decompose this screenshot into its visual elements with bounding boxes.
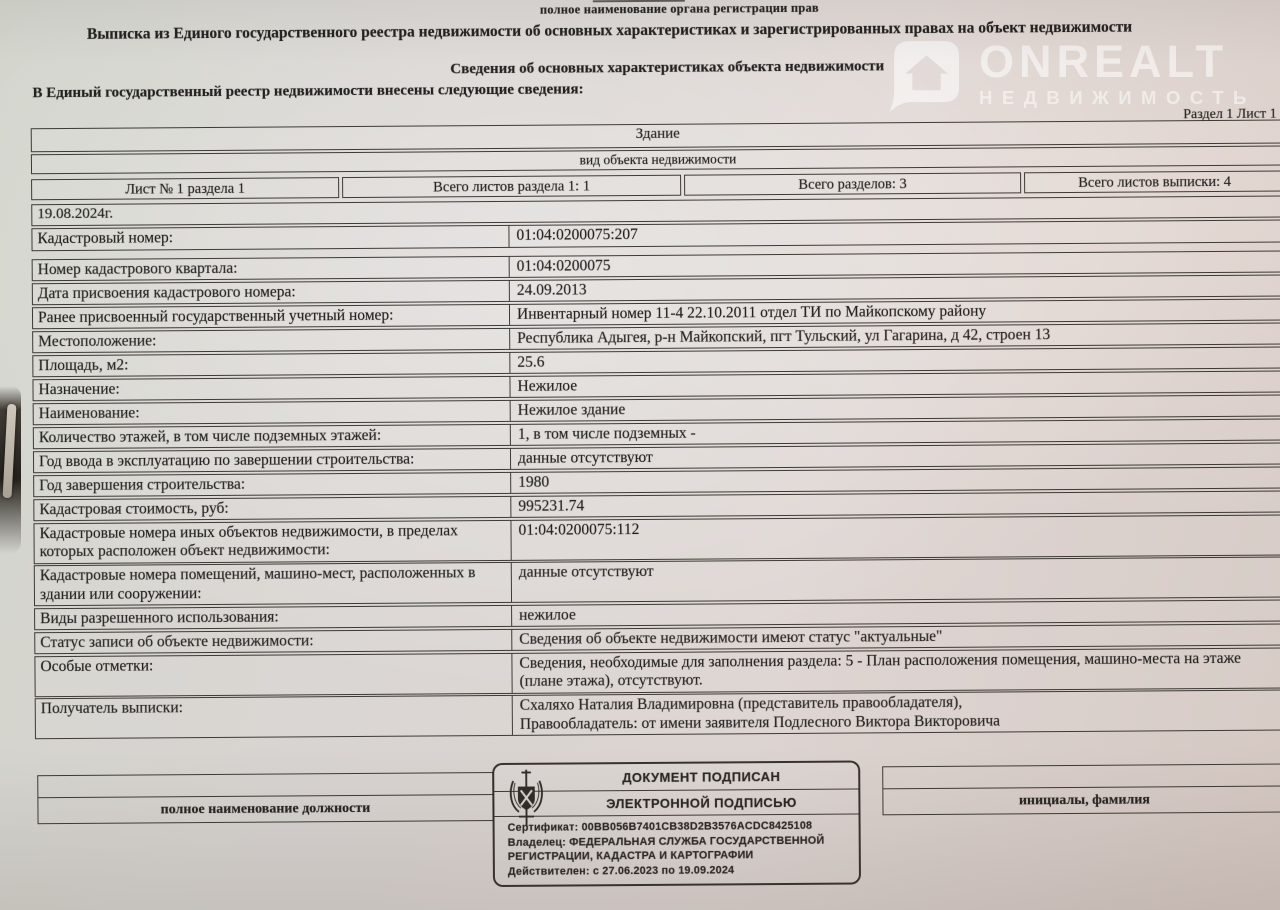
attribute-label: Местоположение: bbox=[33, 328, 510, 352]
attribute-label: Кадастровый номер: bbox=[32, 226, 509, 250]
stamp-owner-line1: Владелец: ФЕДЕРАЛЬНАЯ СЛУЖБА ГОСУДАРСТВЕ… bbox=[508, 833, 851, 850]
name-signature-blank bbox=[883, 765, 1280, 790]
stamp-validity: Действителен: с 27.06.2023 по 19.09.2024 bbox=[508, 862, 851, 879]
attribute-label: Ранее присвоенный государственный учетны… bbox=[33, 304, 510, 328]
attributes-table: Кадастровый номер:01:04:0200075:207Номер… bbox=[31, 219, 1280, 739]
sheet-info-cell: Лист № 1 раздела 1 bbox=[31, 177, 339, 200]
attribute-label: Получатель выписки: bbox=[36, 696, 513, 738]
name-signature-table: инициалы, фамилия bbox=[882, 763, 1280, 815]
attribute-value: Нежилое bbox=[510, 371, 1280, 397]
stamp-title-line1: ДОКУМЕНТ ПОДПИСАН bbox=[494, 762, 858, 791]
attribute-value: 995231.74 bbox=[511, 491, 1280, 517]
attribute-label: Кадастровая стоимость, руб: bbox=[34, 496, 511, 520]
attribute-value: 01:04:0200075:207 bbox=[509, 220, 1280, 246]
attribute-label: Номер кадастрового квартала: bbox=[33, 256, 510, 280]
attribute-value: Схаляхо Наталия Владимировна (представит… bbox=[513, 690, 1280, 734]
attribute-label: Площадь, м2: bbox=[33, 352, 510, 376]
attribute-label: Особые отметки: bbox=[35, 653, 512, 695]
table-row: Кадастровые номера иных объектов недвижи… bbox=[33, 514, 1280, 564]
stamp-title-line2: ЭЛЕКТРОННОЙ ПОДПИСЬЮ bbox=[494, 789, 858, 816]
sheet-info-cell: Всего листов выписки: 4 bbox=[1024, 170, 1280, 193]
attribute-label: Виды разрешенного использования: bbox=[35, 605, 512, 629]
position-signature-blank bbox=[38, 773, 492, 798]
position-caption: полное наименование должности bbox=[38, 795, 492, 823]
attribute-label: Кадастровые номера помещений, машино-мес… bbox=[35, 563, 512, 605]
sheet-info-cell: Всего разделов: 3 bbox=[684, 172, 1021, 195]
attribute-value: Республика Адыгея, р-н Майкопский, пгт Т… bbox=[510, 323, 1280, 349]
attribute-label: Кадастровые номера иных объектов недвижи… bbox=[34, 520, 511, 562]
table-row: Получатель выписки:Схаляхо Наталия Влади… bbox=[35, 689, 1280, 739]
rosreestr-emblem-icon bbox=[505, 768, 547, 833]
attribute-value: Сведения об объекте недвижимости имеют с… bbox=[512, 624, 1280, 650]
org-caption: полное наименование органа регистрации п… bbox=[540, 1, 819, 18]
document: полное наименование органа регистрации п… bbox=[0, 0, 1280, 910]
attribute-value: 01:04:0200075 bbox=[510, 251, 1280, 277]
attribute-value: данные отсутствуют bbox=[511, 443, 1280, 469]
attribute-label: Количество этажей, в том числе подземных… bbox=[34, 424, 511, 448]
attribute-value: 01:04:0200075:112 bbox=[511, 515, 1280, 559]
attribute-value: Инвентарный номер 11-4 22.10.2011 отдел … bbox=[510, 299, 1280, 325]
main-table: Здание вид объекта недвижимости Лист № 1… bbox=[31, 119, 1280, 740]
attribute-value: 25.6 bbox=[510, 347, 1280, 373]
sheet-info-cell: Всего листов раздела 1: 1 bbox=[342, 175, 681, 198]
attribute-label: Год ввода в эксплуатацию по завершении с… bbox=[34, 448, 511, 472]
position-signature-table: полное наименование должности bbox=[37, 772, 493, 824]
attribute-value: 1980 bbox=[511, 467, 1280, 493]
attribute-label: Статус записи об объекте недвижимости: bbox=[35, 629, 512, 653]
attribute-label: Дата присвоения кадастрового номера: bbox=[33, 280, 510, 304]
table-row: Особые отметки:Сведения, необходимые для… bbox=[34, 647, 1280, 697]
attribute-value: 1, в том числе подземных - bbox=[511, 419, 1280, 445]
attribute-value: нежилое bbox=[512, 600, 1280, 626]
attribute-value: Нежилое здание bbox=[511, 395, 1280, 421]
table-row: Кадастровые номера помещений, машино-мес… bbox=[34, 556, 1280, 606]
attribute-value: Сведения, необходимые для заполнения раз… bbox=[512, 648, 1280, 692]
attribute-value: 24.09.2013 bbox=[510, 275, 1280, 301]
name-caption: инициалы, фамилия bbox=[883, 787, 1280, 815]
sheet-info-row: Лист № 1 раздела 1 Всего листов раздела … bbox=[31, 170, 1280, 200]
attribute-label: Назначение: bbox=[33, 376, 510, 400]
signature-stamp: ДОКУМЕНТ ПОДПИСАН ЭЛЕКТРОННОЙ ПОДПИСЬЮ С… bbox=[492, 760, 861, 887]
attribute-label: Год завершения строительства: bbox=[34, 472, 511, 496]
document-title: Выписка из Единого государственного реес… bbox=[27, 18, 1192, 44]
attribute-label: Наименование: bbox=[34, 400, 511, 424]
attribute-value: данные отсутствуют bbox=[512, 557, 1280, 601]
document-subtitle: Сведения об основных характеристиках объ… bbox=[57, 56, 1277, 82]
intro-line: В Единый государственный реестр недвижим… bbox=[32, 81, 583, 102]
